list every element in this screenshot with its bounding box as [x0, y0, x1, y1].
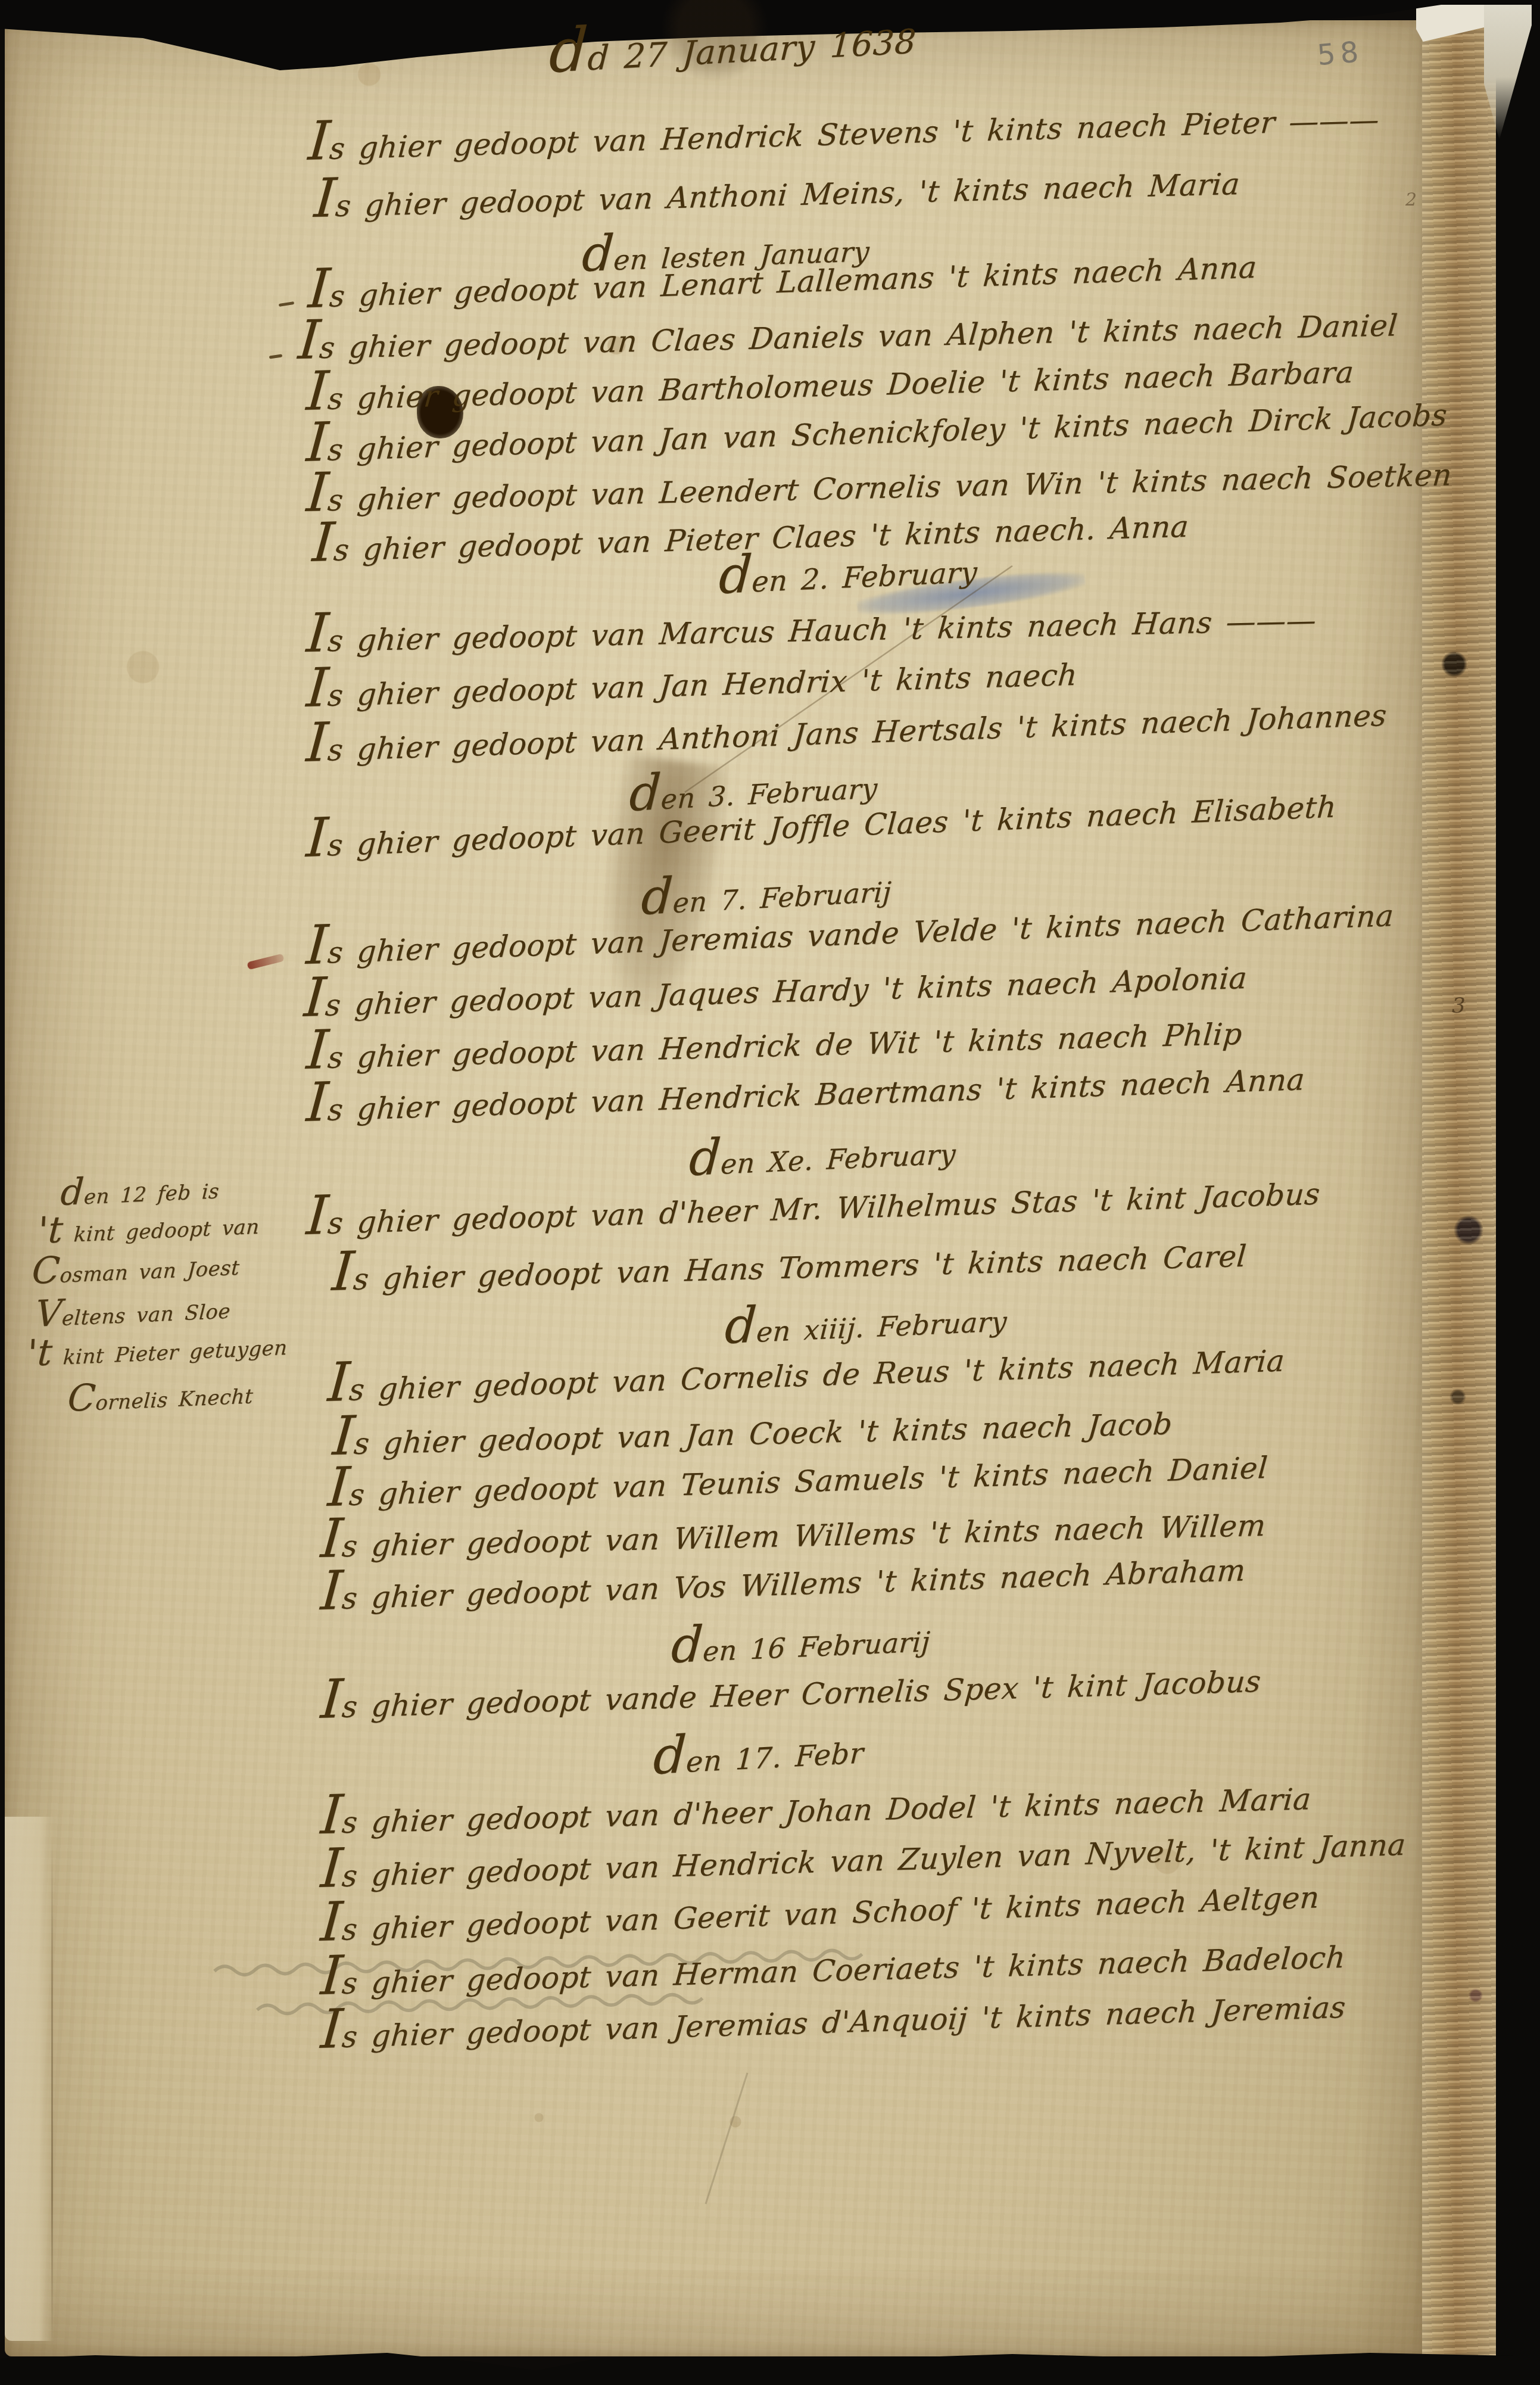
page-left-curl — [5, 1817, 54, 2341]
folio-number-pencil: 58 — [1316, 35, 1365, 73]
photograph-backdrop: { "page_number": "58", "colors": { "pape… — [0, 0, 1540, 2385]
page-crease — [51, 1835, 53, 2353]
backdrop-right — [1496, 0, 1540, 2385]
book-fore-edge — [1422, 0, 1498, 2385]
edge-numeral-2: 2 — [1405, 189, 1417, 210]
edge-numeral-3: 3 — [1452, 994, 1466, 1018]
